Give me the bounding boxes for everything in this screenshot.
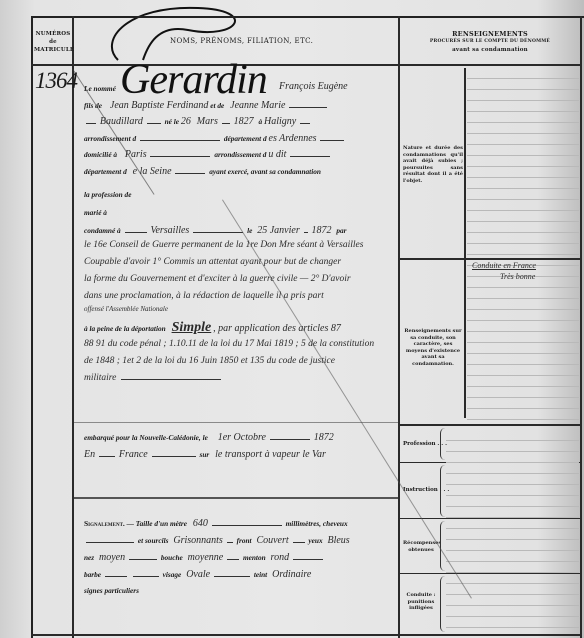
blank-line bbox=[99, 455, 115, 457]
ruled-line bbox=[446, 594, 579, 595]
brace-icon bbox=[440, 428, 445, 460]
ruled-line bbox=[467, 342, 579, 343]
label-sourcils: et sourcils bbox=[138, 536, 169, 545]
ruled-line bbox=[467, 375, 579, 376]
section-divider bbox=[74, 422, 398, 423]
brace-icon bbox=[440, 576, 445, 632]
father-name: Jean Baptiste Ferdinand bbox=[110, 100, 209, 111]
ruled-line bbox=[467, 221, 579, 222]
mother-first-name: Jeanne Marie bbox=[230, 100, 285, 111]
header-renseignements-sub2: avant sa condamnation bbox=[400, 46, 580, 54]
application-line-4-text: militaire bbox=[84, 373, 116, 383]
blank-line bbox=[227, 541, 233, 543]
row-taille: Signalement. — Taille d'un mètre 640 mil… bbox=[84, 518, 396, 532]
blank-line bbox=[147, 122, 161, 124]
blank-line bbox=[227, 558, 239, 560]
ruled-line bbox=[467, 364, 579, 365]
ruled-line bbox=[467, 100, 579, 101]
row-signes: signes particuliers bbox=[84, 586, 396, 600]
ruled-line bbox=[467, 331, 579, 332]
header-renseignements-title: RENSEIGNEMENTS bbox=[400, 30, 580, 38]
label-profession: la profession de bbox=[84, 190, 131, 199]
side-divider bbox=[399, 518, 580, 519]
ruled-line bbox=[467, 122, 579, 123]
label-arrondissement-domicile: arrondissement d bbox=[214, 150, 266, 159]
row-naissance: Baudillard né le 26 Mars 1827 à Haligny bbox=[84, 116, 396, 130]
row-departement-domicile: département d e la Seine ayant exercé, a… bbox=[84, 166, 396, 180]
embarque-annee: 1872 bbox=[314, 432, 334, 443]
side-label-nature: Nature et durée des condamnations qu'il … bbox=[403, 145, 463, 184]
condamne-date: 25 Janvier bbox=[257, 225, 300, 236]
blank-line bbox=[222, 122, 230, 124]
ruled-line bbox=[467, 408, 579, 409]
ruled-line bbox=[446, 517, 579, 518]
label-front: front bbox=[237, 536, 252, 545]
label-millimetres: millimètres, cheveux bbox=[286, 519, 348, 528]
blank-line bbox=[105, 575, 127, 577]
teint: Ordinaire bbox=[272, 569, 311, 580]
blank-line bbox=[320, 139, 344, 141]
blank-line bbox=[150, 155, 210, 157]
ruled-line bbox=[467, 386, 579, 387]
label-nez: nez bbox=[84, 553, 94, 562]
yeux: Bleus bbox=[327, 535, 349, 546]
ruled-line bbox=[467, 144, 579, 145]
conduite-note-1: Conduite en France bbox=[472, 261, 536, 270]
condamne-annee: 1872 bbox=[311, 225, 331, 236]
bottom-divider bbox=[31, 634, 582, 636]
ruled-line bbox=[446, 550, 579, 551]
condamne-lieu: Versailles bbox=[150, 225, 189, 236]
label-teint: teint bbox=[254, 570, 267, 579]
row-fils-de: fils de Jean Baptiste Ferdinand et de Je… bbox=[84, 100, 396, 114]
judgment-line-2: Coupable d'avoir 1° Commis un attentat a… bbox=[84, 257, 396, 267]
label-ne-le: né le bbox=[165, 117, 179, 126]
peine: Simple bbox=[172, 320, 212, 335]
ruled-line bbox=[467, 243, 579, 244]
embarque-date: 1er Octobre bbox=[218, 432, 266, 443]
application-line-4: militaire bbox=[84, 373, 396, 383]
ruled-line bbox=[467, 177, 579, 178]
application-line-1: , par application des articles 87 bbox=[213, 323, 341, 334]
blank-line bbox=[121, 378, 221, 380]
ruled-line bbox=[467, 78, 579, 79]
domicile-arrondissement: u dit bbox=[268, 149, 286, 160]
ruled-line bbox=[467, 353, 579, 354]
side-divider bbox=[399, 258, 580, 260]
embarque-lieu-prefix: En bbox=[84, 449, 95, 460]
ruled-line bbox=[467, 199, 579, 200]
blank-line bbox=[152, 455, 196, 457]
header-matricule-line-1: NUMÉROS bbox=[34, 30, 72, 38]
judgment-line-3: la forme du Gouvernement et d'exciter à … bbox=[84, 274, 396, 284]
label-a: à bbox=[258, 117, 262, 126]
ruled-line bbox=[446, 473, 579, 474]
ruled-line bbox=[446, 506, 579, 507]
side-inner-divider bbox=[464, 68, 466, 418]
ruled-line bbox=[467, 419, 579, 420]
blank-line bbox=[304, 231, 308, 233]
register-page: NUMÉROS de MATRICULE NOMS, PRÉNOMS, FILI… bbox=[0, 0, 584, 638]
blank-line bbox=[193, 231, 243, 233]
label-menton: menton bbox=[243, 553, 266, 562]
ruled-line bbox=[446, 539, 579, 540]
label-barbe: barbe bbox=[84, 570, 101, 579]
header-matricule-line-3: MATRICULE bbox=[34, 46, 72, 54]
ruled-line bbox=[467, 298, 579, 299]
transport: le transport à vapeur le Var bbox=[215, 449, 326, 460]
label-departement-domicile: département d bbox=[84, 167, 127, 176]
ruled-line bbox=[446, 605, 579, 606]
ruled-line bbox=[467, 166, 579, 167]
ruled-line bbox=[446, 616, 579, 617]
side-label-renseignements: Renseignements sur sa conduite, son cara… bbox=[403, 328, 463, 367]
matricule-column-divider bbox=[72, 16, 74, 638]
row-embarque: embarqué pour la Nouvelle-Calédonie, le … bbox=[84, 432, 396, 446]
row-barbe: barbe visage Ovale teint Ordinaire bbox=[84, 569, 396, 583]
blank-line bbox=[289, 106, 327, 108]
ruled-line bbox=[446, 627, 579, 628]
menton: rond bbox=[271, 552, 290, 563]
front: Couvert bbox=[256, 535, 288, 546]
ruled-line bbox=[467, 254, 579, 255]
row-peine: à la peine de la déportation Simple , pa… bbox=[84, 320, 396, 334]
label-nomme: Le nommé bbox=[84, 84, 116, 93]
header-matricule: NUMÉROS de MATRICULE bbox=[34, 30, 72, 54]
ruled-line bbox=[467, 309, 579, 310]
ruled-line bbox=[446, 528, 579, 529]
blank-line bbox=[212, 524, 282, 526]
application-line-2: 88 91 du code pénal ; 1.10.11 de la loi … bbox=[84, 339, 396, 349]
right-border bbox=[580, 16, 582, 638]
birth-departement: es Ardennes bbox=[269, 133, 317, 144]
blank-line bbox=[293, 541, 305, 543]
header-divider bbox=[31, 64, 582, 66]
ruled-line bbox=[467, 397, 579, 398]
ruled-line bbox=[467, 155, 579, 156]
label-embarque: embarqué pour la Nouvelle-Calédonie, le bbox=[84, 433, 208, 442]
blank-line bbox=[86, 541, 134, 543]
row-sourcils: et sourcils Grisonnants front Couvert ye… bbox=[84, 535, 396, 549]
label-par: par bbox=[336, 226, 346, 235]
visage: Ovale bbox=[186, 569, 210, 580]
brace-icon bbox=[440, 521, 445, 571]
blank-line bbox=[175, 172, 205, 174]
conduite-note-2: Très bonne bbox=[500, 272, 535, 281]
label-yeux: yeux bbox=[308, 536, 322, 545]
label-marie: marié à bbox=[84, 208, 107, 217]
birth-month: Mars bbox=[197, 116, 218, 127]
ruled-line bbox=[467, 89, 579, 90]
judgment-line-5: offensé l'Assemblée Nationale bbox=[84, 305, 396, 313]
embarque-lieu: France bbox=[119, 449, 148, 460]
side-divider bbox=[399, 573, 580, 574]
ruled-line bbox=[467, 287, 579, 288]
blank-line bbox=[293, 558, 323, 560]
label-signalement: Signalement. bbox=[84, 519, 125, 528]
side-label-recompenses: Récompenses obtenues bbox=[403, 540, 439, 553]
row-nomme: Le nommé François Eugène bbox=[84, 84, 396, 98]
ruled-line bbox=[446, 451, 579, 452]
blank-line bbox=[214, 575, 250, 577]
label-arrondissement: arrondissement d bbox=[84, 134, 136, 143]
label-domicilie: domicilié à bbox=[84, 150, 117, 159]
blank-line bbox=[133, 575, 159, 577]
blank-line bbox=[290, 155, 330, 157]
ruled-line bbox=[467, 133, 579, 134]
header-renseignements: RENSEIGNEMENTS PROCURÉS SUR LE COMPTE DU… bbox=[400, 30, 580, 54]
label-sur: sur bbox=[200, 450, 210, 459]
ruled-line bbox=[467, 188, 579, 189]
ruled-line bbox=[467, 232, 579, 233]
side-label-conduite-punitions: Conduite : punitions infligées bbox=[403, 592, 439, 612]
label-departement: département d bbox=[224, 134, 267, 143]
label-condamne: condamné à bbox=[84, 226, 121, 235]
header-renseignements-sub: PROCURÉS SUR LE COMPTE DU DÉNOMMÉ bbox=[400, 38, 580, 46]
label-peine: à la peine de la déportation bbox=[84, 324, 166, 333]
row-marie: marié à bbox=[84, 208, 396, 222]
ruled-line bbox=[467, 210, 579, 211]
row-profession: la profession de bbox=[84, 190, 396, 204]
label-et-de: et de bbox=[210, 101, 224, 110]
label-le: le bbox=[247, 226, 252, 235]
judgment-line-1: le 16e Conseil de Guerre permanent de la… bbox=[84, 240, 396, 250]
header-names: NOMS, PRÉNOMS, FILIATION, ETC. bbox=[170, 37, 313, 45]
blank-line bbox=[125, 231, 147, 233]
nez: moyen bbox=[99, 552, 125, 563]
blank-line bbox=[140, 139, 220, 141]
brace-icon bbox=[440, 465, 445, 517]
ruled-line bbox=[446, 484, 579, 485]
label-signes-particuliers: signes particuliers bbox=[84, 586, 139, 595]
taille: 640 bbox=[193, 518, 208, 529]
ruled-line bbox=[446, 495, 579, 496]
blank-line bbox=[86, 122, 96, 124]
names-column-divider bbox=[398, 16, 400, 638]
matricule-number: 1364 bbox=[35, 68, 77, 94]
header-matricule-line-2: de bbox=[34, 38, 72, 46]
label-taille: — Taille d'un mètre bbox=[127, 519, 187, 528]
row-arrondissement-naissance: arrondissement d département d es Ardenn… bbox=[84, 133, 396, 147]
judgment-line-4: dans une proclamation, à la rédaction de… bbox=[84, 291, 396, 301]
ruled-line bbox=[467, 111, 579, 112]
blank-line bbox=[270, 438, 310, 440]
ruled-line bbox=[446, 561, 579, 562]
ruled-line bbox=[446, 462, 579, 463]
label-bouche: bouche bbox=[161, 553, 183, 562]
bouche: moyenne bbox=[188, 552, 224, 563]
row-nez: nez moyen bouche moyenne menton rond bbox=[84, 552, 396, 566]
sourcils: Grisonnants bbox=[173, 535, 222, 546]
birth-year: 1827 bbox=[234, 116, 254, 127]
birth-place: Haligny bbox=[264, 116, 296, 127]
birth-day: 26 bbox=[181, 116, 191, 127]
blank-line bbox=[129, 558, 157, 560]
ruled-line bbox=[467, 320, 579, 321]
ruled-line bbox=[446, 583, 579, 584]
ruled-line bbox=[446, 572, 579, 573]
application-line-3: de 1848 ; 1et 2 de la loi du 16 Juin 185… bbox=[84, 356, 396, 366]
blank-line bbox=[300, 122, 310, 124]
label-ayant-exerce: ayant exercé, avant sa condamnation bbox=[209, 167, 321, 176]
row-transport: En France sur le transport à vapeur le V… bbox=[84, 449, 396, 463]
ruled-line bbox=[446, 440, 579, 441]
given-names: François Eugène bbox=[279, 81, 348, 92]
section-divider bbox=[74, 497, 398, 499]
side-divider bbox=[399, 424, 580, 426]
label-visage: visage bbox=[163, 570, 182, 579]
